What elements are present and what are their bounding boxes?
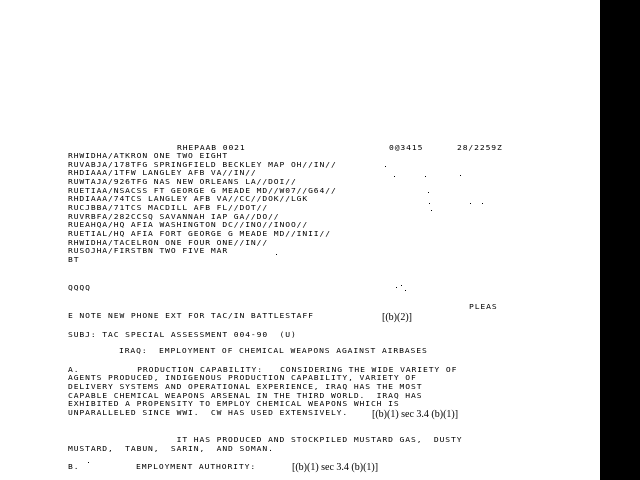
addressee-line: RUCJBBA/71TCS MACDILL AFB FL//DOT// bbox=[68, 205, 268, 212]
date-time-group: 28/2259Z bbox=[457, 145, 503, 152]
stockpile-line: MUSTARD, TABUN, SARIN, AND SOMAN. bbox=[68, 446, 274, 453]
redaction-marker: [(b)(2)] bbox=[382, 313, 412, 323]
addressee-line: RHDIAAA/74TCS LANGLEY AFB VA//CC//DOK//L… bbox=[68, 196, 308, 203]
scan-speck bbox=[428, 192, 429, 193]
stockpile-line: IT HAS PRODUCED AND STOCKPILED MUSTARD G… bbox=[68, 437, 462, 444]
addressee-line: RUWTAJA/926TFG NAS NEW ORLEANS LA//DOI// bbox=[68, 179, 297, 186]
section-a-line: EXHIBITED A PROPENSITY TO EMPLOY CHEMICA… bbox=[68, 401, 400, 408]
scan-speck bbox=[460, 175, 461, 176]
scan-speck bbox=[431, 210, 432, 211]
scan-speck bbox=[429, 203, 430, 204]
routing-id: RHEPAAB 0021 bbox=[177, 145, 246, 152]
redaction-marker: [(b)(1) sec 3.4 (b)(1)] bbox=[292, 463, 378, 473]
pleas-fragment: PLEAS bbox=[469, 304, 498, 311]
section-a-line: PRODUCTION CAPABILITY: CONSIDERING THE W… bbox=[80, 367, 457, 374]
scan-speck bbox=[385, 166, 386, 167]
addressee-line: RHWIDHA/ATKRON ONE TWO EIGHT bbox=[68, 153, 228, 160]
section-a-line: AGENTS PRODUCED, INDIGENOUS PRODUCTION C… bbox=[68, 375, 417, 382]
section-b-label: B. bbox=[68, 464, 79, 471]
scan-speck bbox=[425, 176, 426, 177]
scan-speck bbox=[482, 203, 483, 204]
redaction-marker: [(b)(1) sec 3.4 (b)(1)] bbox=[372, 410, 458, 420]
assessment-title: IRAQ: EMPLOYMENT OF CHEMICAL WEAPONS AGA… bbox=[119, 348, 428, 355]
phone-note: E NOTE NEW PHONE EXT FOR TAC/IN BATTLEST… bbox=[68, 313, 314, 320]
scan-speck bbox=[394, 176, 395, 177]
scan-edge-black-bar bbox=[600, 0, 640, 480]
scan-speck bbox=[276, 254, 277, 255]
addressee-line: RHWIDHA/TACELRON ONE FOUR ONE//IN// bbox=[68, 240, 268, 247]
section-a-label: A. bbox=[68, 367, 79, 374]
scan-speck bbox=[470, 203, 471, 204]
message-number: 0@3415 bbox=[389, 145, 423, 152]
scan-speck bbox=[88, 462, 89, 463]
addressee-line: RUSOJHA/FIRSTBN TWO FIVE MAR bbox=[68, 248, 228, 255]
break-marker: BT bbox=[68, 257, 79, 264]
scan-speck bbox=[401, 285, 402, 286]
addressee-line: RUVRBFA/282CCSQ SAVANNAH IAP GA//DO// bbox=[68, 214, 280, 221]
section-b-heading: EMPLOYMENT AUTHORITY: bbox=[136, 464, 256, 471]
addressee-line: RUETIAA/NSACSS FT GEORGE G MEADE MD//W07… bbox=[68, 188, 337, 195]
subject-line: SUBJ: TAC SPECIAL ASSESSMENT 004-90 (U) bbox=[68, 332, 297, 339]
scan-speck bbox=[405, 290, 406, 291]
addressee-line: RUEAHQA/HQ AFIA WASHINGTON DC//INO//INOO… bbox=[68, 222, 308, 229]
section-a-line: UNPARALLELED SINCE WWI. CW HAS USED EXTE… bbox=[68, 410, 348, 417]
addressee-line: RUETIAL/HQ AFIA FORT GEORGE G MEADE MD//… bbox=[68, 231, 331, 238]
section-a-line: DELIVERY SYSTEMS AND OPERATIONAL EXPERIE… bbox=[68, 384, 422, 391]
addressee-line: RHDIAAA/1TFW LANGLEY AFB VA//IN// bbox=[68, 170, 257, 177]
qqqq-marker: QQQQ bbox=[68, 285, 91, 292]
addressee-line: RUVABJA/178TFG SPRINGFIELD BECKLEY MAP O… bbox=[68, 162, 337, 169]
section-a-line: CAPABLE CHEMICAL WEAPONS ARSENAL IN THE … bbox=[68, 393, 422, 400]
scan-speck bbox=[396, 287, 397, 288]
